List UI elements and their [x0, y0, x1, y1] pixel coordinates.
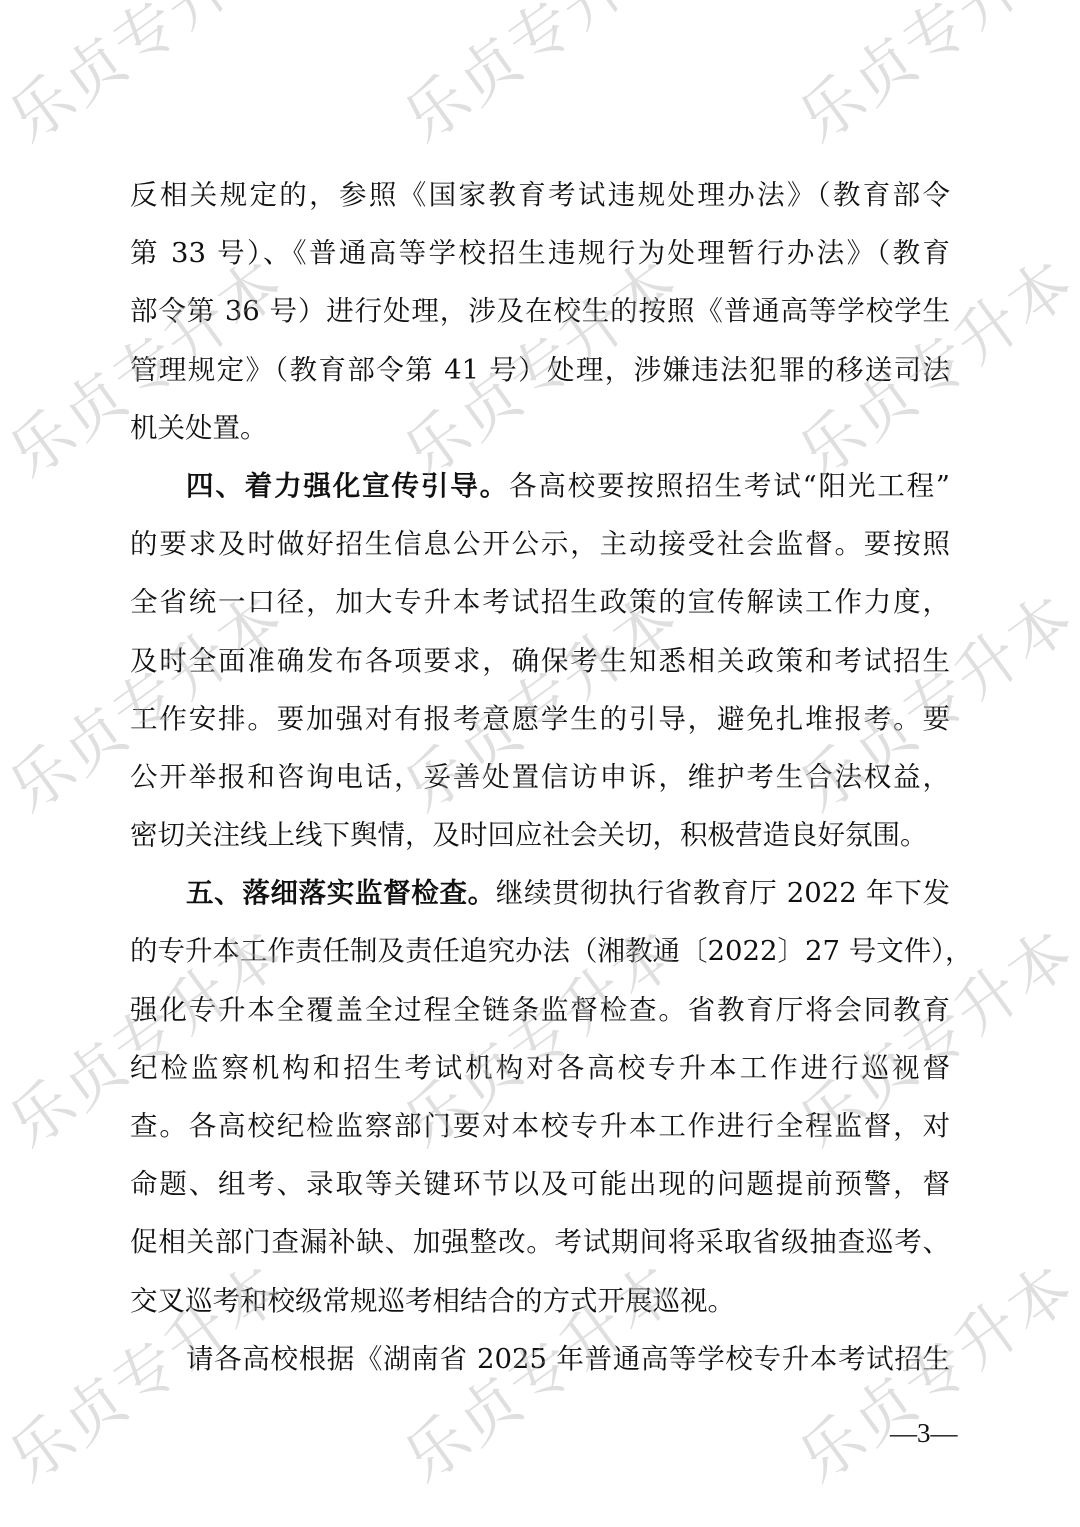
- watermark: 乐贞专升本: [0, 0, 299, 159]
- text-line: 命题、组考、录取等关键环节以及可能出现的问题提前预警，督: [130, 1155, 950, 1213]
- section-heading: 五、落细落实监督检查。: [186, 877, 496, 909]
- text-run: 继续贯彻执行省教育厅 2022 年下发: [496, 877, 950, 909]
- watermark: 乐贞专升本: [778, 0, 1080, 159]
- text-line: 请各高校根据《湖南省 2025 年普通高等学校专升本考试招生: [130, 1330, 950, 1388]
- section-heading: 四、着力强化宣传引导。: [186, 470, 509, 502]
- text-line: 的要求及时做好招生信息公开公示，主动接受社会监督。要按照: [130, 515, 950, 573]
- text-line: 查。各高校纪检监察部门要对本校专升本工作进行全程监督，对: [130, 1097, 950, 1155]
- section-4-first-line: 四、着力强化宣传引导。各高校要按照招生考试“阳光工程”: [130, 457, 950, 515]
- text-line: 交叉巡考和校级常规巡考相结合的方式开展巡视。: [130, 1272, 950, 1330]
- section-5-first-line: 五、落细落实监督检查。继续贯彻执行省教育厅 2022 年下发: [130, 864, 950, 922]
- text-line: 工作安排。要加强对有报考意愿学生的引导，避免扎堆报考。要: [130, 690, 950, 748]
- text-line: 及时全面准确发布各项要求，确保考生知悉相关政策和考试招生: [130, 632, 950, 690]
- watermark: 乐贞专升本: [383, 0, 694, 159]
- page-number: —3—: [890, 1418, 958, 1449]
- text-line: 管理规定》（教育部令第 41 号）处理，涉嫌违法犯罪的移送司法: [130, 341, 950, 399]
- text-line: 全省统一口径，加大专升本考试招生政策的宣传解读工作力度，: [130, 573, 950, 631]
- text-line: 反相关规定的，参照《国家教育考试违规处理办法》（教育部令: [130, 166, 950, 224]
- text-line: 纪检监察机构和招生考试机构对各高校专升本工作进行巡视督: [130, 1039, 950, 1097]
- text-line: 机关处置。: [130, 399, 950, 457]
- text-line: 促相关部门查漏补缺、加强整改。考试期间将采取省级抽查巡考、: [130, 1213, 950, 1271]
- text-line: 密切关注线上线下舆情，及时回应社会关切，积极营造良好氛围。: [130, 806, 950, 864]
- text-line: 公开举报和咨询电话，妥善处置信访申诉，维护考生合法权益，: [130, 748, 950, 806]
- text-line: 强化专升本全覆盖全过程全链条监督检查。省教育厅将会同教育: [130, 981, 950, 1039]
- document-body: 反相关规定的，参照《国家教育考试违规处理办法》（教育部令 第 33 号）、《普通…: [130, 166, 950, 1388]
- text-line: 第 33 号）、《普通高等学校招生违规行为处理暂行办法》（教育: [130, 224, 950, 282]
- document-page: 反相关规定的，参照《国家教育考试违规处理办法》（教育部令 第 33 号）、《普通…: [0, 0, 1080, 1527]
- text-run: 各高校要按照招生考试“阳光工程”: [509, 470, 950, 502]
- text-line: 部令第 36 号）进行处理，涉及在校生的按照《普通高等学校学生: [130, 282, 950, 340]
- text-line: 的专升本工作责任制及责任追究办法（湘教通〔2022〕27 号文件），: [130, 922, 950, 980]
